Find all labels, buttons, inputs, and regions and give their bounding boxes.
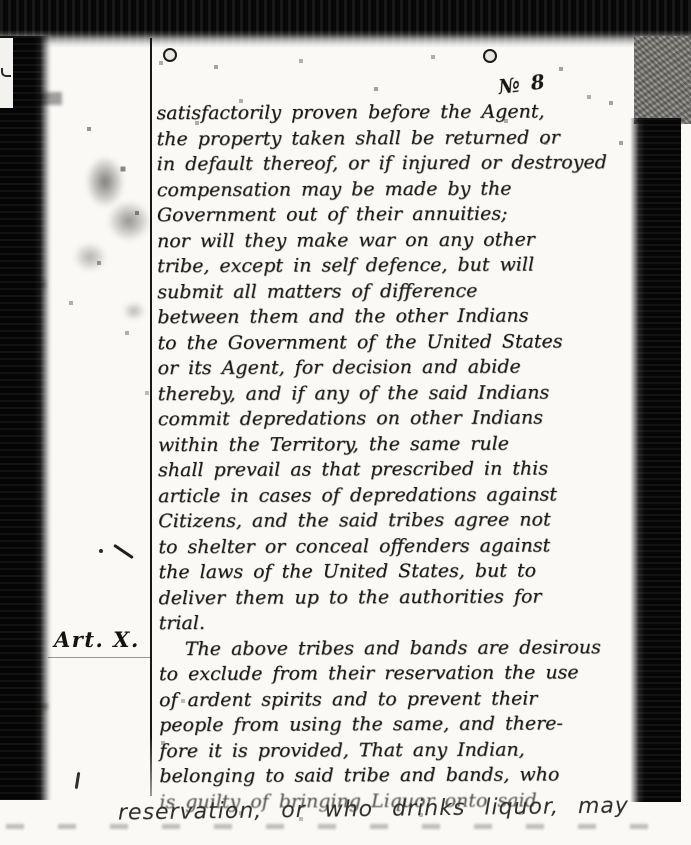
handwritten-line: shall prevail as that prescribed in this [158, 456, 663, 484]
stray-pen-mark [99, 549, 103, 553]
punch-hole-icon [163, 48, 177, 62]
scan-border-top [0, 0, 691, 48]
faint-bottom-dashes [6, 824, 652, 829]
handwritten-line: commit depredations on other Indians [158, 405, 663, 433]
handwritten-line: in default thereof, or if injured or des… [157, 150, 662, 178]
handwritten-line: to exclude from their reservation the us… [159, 660, 664, 688]
handwritten-line: deliver them up to the authorities for [159, 583, 664, 611]
handwritten-line: of ardent spirits and to prevent their [159, 685, 664, 713]
handwritten-line: submit all matters of difference [157, 277, 662, 305]
handwritten-line: satisfactorily proven before the Agent, [156, 99, 661, 127]
stray-pen-mark [113, 544, 134, 559]
handwritten-line: to shelter or conceal offenders against [158, 532, 663, 560]
stray-pen-mark [75, 772, 81, 789]
handwritten-line: the laws of the United States, but to [158, 558, 663, 586]
handwritten-line: article in cases of depredations against [158, 481, 663, 509]
ink-smudge [66, 236, 114, 278]
ink-smudge [118, 298, 150, 324]
article-margin-note: Art. X. [54, 627, 140, 652]
handwritten-line: nor will they make war on any other [157, 226, 662, 254]
handwritten-line: Government out of their annuities; [157, 201, 662, 229]
scan-border-right [630, 118, 681, 802]
punch-hole-icon [483, 49, 497, 63]
handwritten-line: trial. [159, 609, 664, 637]
handwritten-text-column: satisfactorily proven before the Agent, … [156, 99, 664, 815]
handwritten-line: belonging to said tribe and bands, who [159, 762, 664, 790]
handwritten-line: thereby, and if any of the said Indians [158, 379, 663, 407]
page-number-mark: № 8 [497, 69, 548, 99]
handwritten-line: fore it is provided, That any Indian, [159, 736, 664, 764]
scan-edge-notch [0, 38, 13, 108]
margin-rule-line [150, 38, 152, 796]
handwritten-line: within the Territory, the same rule [158, 430, 663, 458]
margin-note-underline [48, 657, 152, 658]
handwritten-line: tribe, except in self defence, but will [157, 252, 662, 280]
handwritten-line: people from using the same, and there- [159, 711, 664, 739]
handwritten-line: between them and the other Indians [157, 303, 662, 331]
scan-border-right-smudge [634, 36, 691, 124]
scanned-document-page: № 8 Art. X. satisfactorily proven before… [0, 0, 691, 845]
handwritten-line: Citizens, and the said tribes agree not [158, 507, 663, 535]
handwritten-line: the property taken shall be returned or [157, 124, 662, 152]
handwritten-line: to the Government of the United States [157, 328, 662, 356]
handwritten-line: The above tribes and bands are desirous [159, 634, 664, 662]
handwritten-line: or its Agent, for decision and abide [158, 354, 663, 382]
handwritten-line: compensation may be made by the [157, 175, 662, 203]
scan-border-left [0, 36, 52, 800]
